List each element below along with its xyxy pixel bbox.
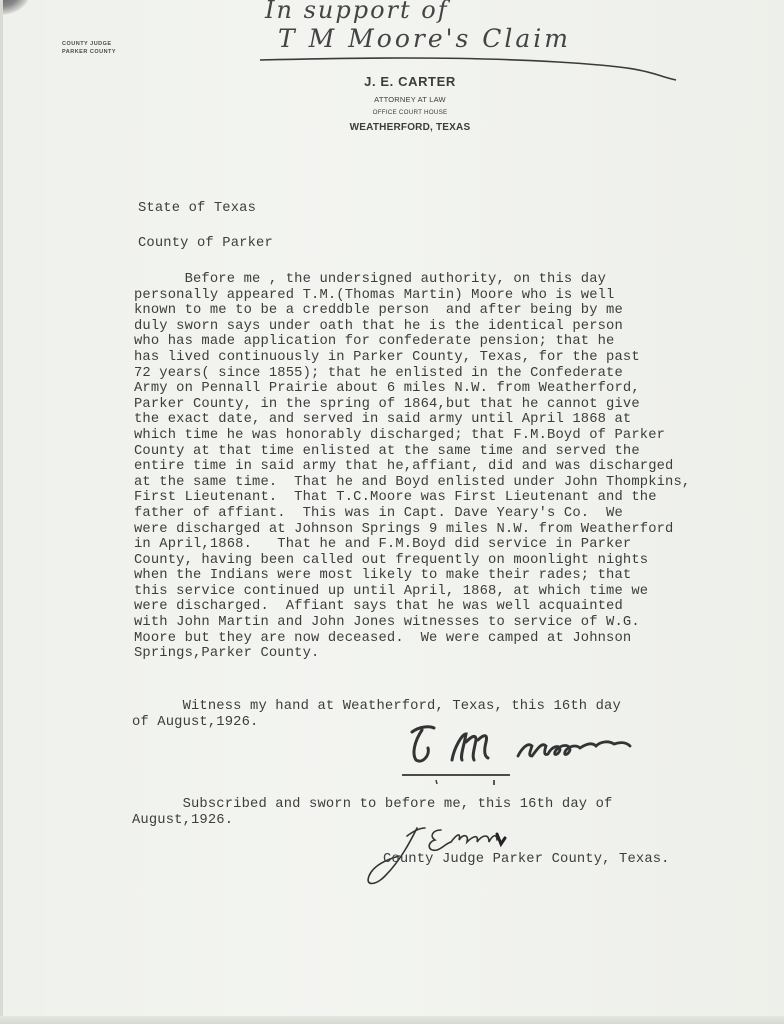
body-line: which time he was honorably discharged; … (134, 428, 690, 444)
body-line: the exact date, and served in said army … (134, 412, 690, 428)
venue-state: State of Texas (138, 201, 256, 217)
body-line: father of affiant. This was in Capt. Dav… (134, 506, 690, 522)
letterhead-left-block: COUNTY JUDGE PARKER COUNTY (62, 40, 116, 56)
handwritten-note-line-2: T M Moore's Claim (278, 24, 571, 53)
letterhead: J. E. CARTER ATTORNEY AT LAW OFFICE COUR… (300, 74, 520, 133)
letterhead-left-line: COUNTY JUDGE (62, 40, 116, 48)
letterhead-left-line: PARKER COUNTY (62, 48, 116, 56)
body-line: has lived continuously in Parker County,… (134, 350, 690, 366)
body-line: duly sworn says under oath that he is th… (134, 319, 690, 335)
body-line: Before me , the undersigned authority, o… (134, 272, 690, 288)
body-line: County at that time enlisted at the same… (134, 444, 690, 460)
jurat-line-2: August,1926. (132, 813, 233, 828)
body-line: Springs,Parker County. (134, 646, 690, 662)
body-line: personally appeared T.M.(Thomas Martin) … (134, 288, 690, 304)
letterhead-city: WEATHERFORD, TEXAS (300, 122, 520, 133)
page-left-edge (0, 0, 3, 1024)
body-line: known to me to be a creddble person and … (134, 303, 690, 319)
body-line: at the same time. That he and Boyd enlis… (134, 475, 690, 491)
body-line: 72 years( since 1855); that he enlisted … (134, 366, 690, 382)
affiant-signature: T M Moore (400, 720, 670, 785)
body-line: in April,1868. That he and F.M.Boyd did … (134, 537, 690, 553)
body-line: Moore but they are now deceased. We were… (134, 631, 690, 647)
letterhead-office: OFFICE COURT HOUSE (300, 109, 520, 116)
letterhead-title: ATTORNEY AT LAW (300, 95, 520, 104)
judge-title: County Judge Parker County, Texas. (383, 852, 670, 868)
witness-line-1: Witness my hand at Weatherford, Texas, t… (132, 699, 621, 714)
body-line: First Lieutenant. That T.C.Moore was Fir… (134, 490, 690, 506)
letterhead-name: J. E. CARTER (300, 74, 520, 89)
body-line: were discharged. Affiant says that he wa… (134, 599, 690, 615)
jurat-line-1: Subscribed and sworn to before me, this … (132, 797, 612, 812)
scan-corner-shadow (0, 0, 30, 15)
body-line: with John Martin and John Jones witnesse… (134, 615, 690, 631)
body-line: County, having been called out frequentl… (134, 553, 690, 569)
body-line: Army on Pennall Prairie about 6 miles N.… (134, 381, 690, 397)
page-bottom-edge (0, 1016, 784, 1024)
body-line: when the Indians were most likely to mak… (134, 568, 690, 584)
body-line: this service continued up until April, 1… (134, 584, 690, 600)
body-line: were discharged at Johnson Springs 9 mil… (134, 522, 690, 538)
witness-line-2: of August,1926. (132, 715, 258, 730)
body-line: who has made application for confederate… (134, 334, 690, 350)
handwritten-note-line-1: In support of (265, 0, 449, 24)
affidavit-body: Before me , the undersigned authority, o… (134, 272, 690, 662)
body-line: entire time in said army that he,affiant… (134, 459, 690, 475)
document-page: COUNTY JUDGE PARKER COUNTY In support of… (0, 0, 784, 1024)
body-line: Parker County, in the spring of 1864,but… (134, 397, 690, 413)
venue-county: County of Parker (138, 236, 273, 252)
